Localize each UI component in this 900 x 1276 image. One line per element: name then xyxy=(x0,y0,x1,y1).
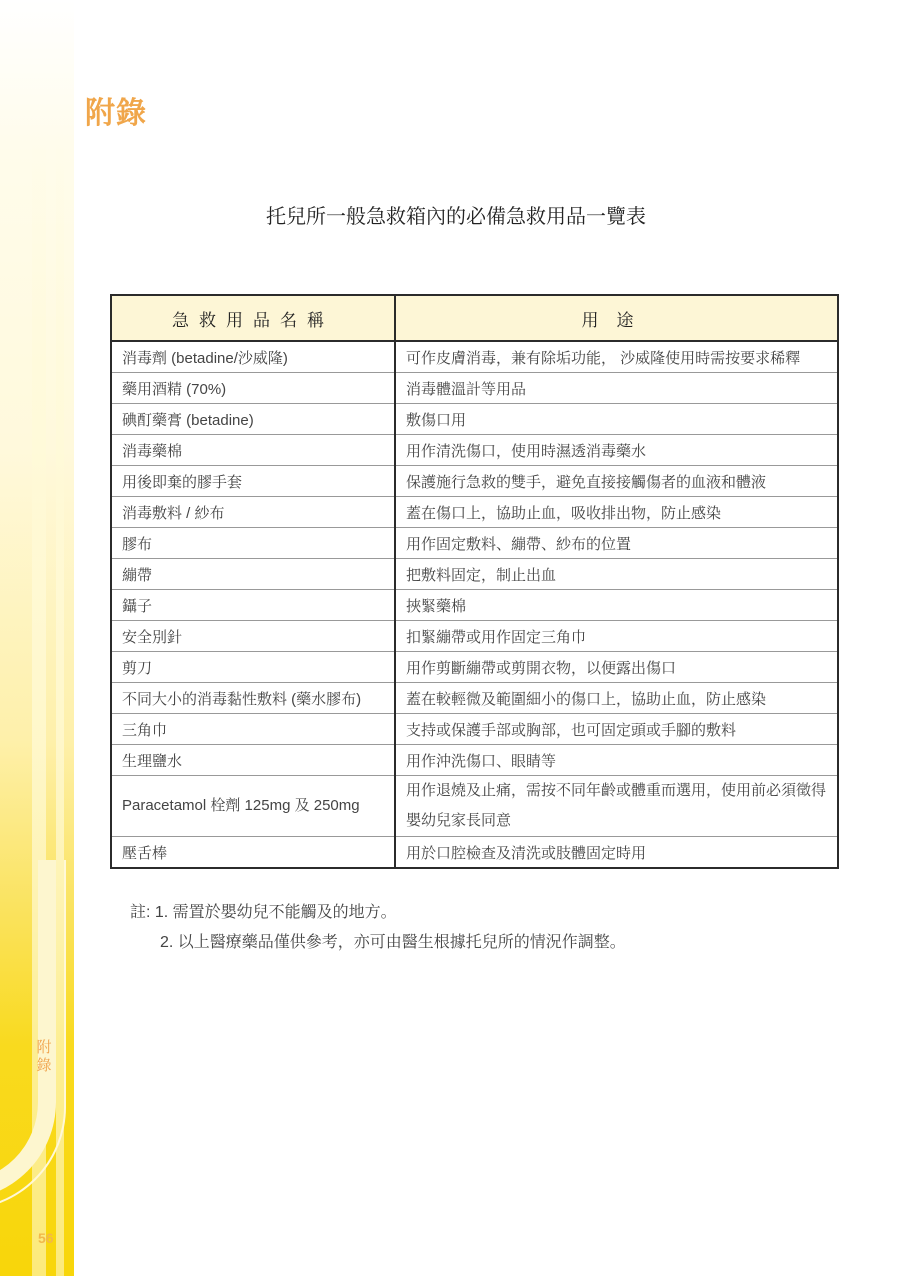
footnotes: 註: 1. 需置於嬰幼兒不能觸及的地方。 2. 以上醫療藥品僅供參考，亦可由醫生… xyxy=(130,898,626,958)
table-row: 碘酊藥膏 (betadine)敷傷口用 xyxy=(111,404,838,435)
first-aid-items-table: 急救用品名稱 用途 消毒劑 (betadine/沙威隆)可作皮膚消毒，兼有除垢功… xyxy=(110,294,839,869)
item-usage: 挾緊藥棉 xyxy=(395,590,838,621)
table-row: 消毒藥棉用作清洗傷口，使用時濕透消毒藥水 xyxy=(111,435,838,466)
item-usage: 支持或保護手部或胸部，也可固定頭或手腳的敷料 xyxy=(395,714,838,745)
column-header-usage: 用途 xyxy=(395,295,838,341)
table-row: 藥用酒精 (70%)消毒體溫計等用品 xyxy=(111,373,838,404)
document-title: 托兒所一般急救箱內的必備急救用品一覽表 xyxy=(0,200,900,229)
item-name: Paracetamol 栓劑 125mg 及 250mg xyxy=(111,776,395,837)
table-row: 消毒劑 (betadine/沙威隆)可作皮膚消毒，兼有除垢功能， 沙威隆使用時需… xyxy=(111,341,838,373)
item-name: 消毒劑 (betadine/沙威隆) xyxy=(111,341,395,373)
item-name: 壓舌棒 xyxy=(111,837,395,869)
item-name: 鑷子 xyxy=(111,590,395,621)
item-usage: 用作剪斷繃帶或剪開衣物，以便露出傷口 xyxy=(395,652,838,683)
item-name: 消毒敷料 / 紗布 xyxy=(111,497,395,528)
item-usage: 用於口腔檢查及清洗或肢體固定時用 xyxy=(395,837,838,869)
item-name: 用後即棄的膠手套 xyxy=(111,466,395,497)
decorative-side-strip xyxy=(0,0,74,1276)
table-row: 安全別針扣緊繃帶或用作固定三角巾 xyxy=(111,621,838,652)
item-usage: 可作皮膚消毒，兼有除垢功能， 沙威隆使用時需按要求稀釋 xyxy=(395,341,838,373)
section-title: 附錄 xyxy=(85,88,147,132)
item-usage: 用作清洗傷口，使用時濕透消毒藥水 xyxy=(395,435,838,466)
item-name: 不同大小的消毒黏性敷料 (藥水膠布) xyxy=(111,683,395,714)
table-row: 用後即棄的膠手套保護施行急救的雙手，避免直接接觸傷者的血液和體液 xyxy=(111,466,838,497)
table-row: 繃帶把敷料固定，制止出血 xyxy=(111,559,838,590)
item-name: 三角巾 xyxy=(111,714,395,745)
item-usage: 保護施行急救的雙手，避免直接接觸傷者的血液和體液 xyxy=(395,466,838,497)
table-row: 三角巾支持或保護手部或胸部，也可固定頭或手腳的敷料 xyxy=(111,714,838,745)
item-name: 繃帶 xyxy=(111,559,395,590)
item-name: 消毒藥棉 xyxy=(111,435,395,466)
item-name: 安全別針 xyxy=(111,621,395,652)
item-usage: 用作退燒及止痛，需按不同年齡或體重而選用，使用前必須徵得嬰幼兒家長同意 xyxy=(395,776,838,837)
item-usage: 蓋在較輕微及範圍細小的傷口上，協助止血，防止感染 xyxy=(395,683,838,714)
column-header-item-name: 急救用品名稱 xyxy=(111,295,395,341)
side-section-label: 附錄 xyxy=(34,1038,54,1074)
item-usage: 敷傷口用 xyxy=(395,404,838,435)
table-row: 壓舌棒用於口腔檢查及清洗或肢體固定時用 xyxy=(111,837,838,869)
table-row: Paracetamol 栓劑 125mg 及 250mg用作退燒及止痛，需按不同… xyxy=(111,776,838,837)
table-row: 鑷子挾緊藥棉 xyxy=(111,590,838,621)
table-header-row: 急救用品名稱 用途 xyxy=(111,295,838,341)
table-row: 不同大小的消毒黏性敷料 (藥水膠布)蓋在較輕微及範圍細小的傷口上，協助止血，防止… xyxy=(111,683,838,714)
item-name: 膠布 xyxy=(111,528,395,559)
item-usage: 扣緊繃帶或用作固定三角巾 xyxy=(395,621,838,652)
table-row: 膠布用作固定敷料、繃帶、紗布的位置 xyxy=(111,528,838,559)
item-name: 碘酊藥膏 (betadine) xyxy=(111,404,395,435)
item-usage: 用作沖洗傷口、眼睛等 xyxy=(395,745,838,776)
table-row: 消毒敷料 / 紗布蓋在傷口上，協助止血，吸收排出物，防止感染 xyxy=(111,497,838,528)
table-row: 剪刀用作剪斷繃帶或剪開衣物，以便露出傷口 xyxy=(111,652,838,683)
item-usage: 蓋在傷口上，協助止血，吸收排出物，防止感染 xyxy=(395,497,838,528)
item-usage: 用作固定敷料、繃帶、紗布的位置 xyxy=(395,528,838,559)
table-row: 生理鹽水用作沖洗傷口、眼睛等 xyxy=(111,745,838,776)
item-name: 剪刀 xyxy=(111,652,395,683)
item-name: 生理鹽水 xyxy=(111,745,395,776)
footnote-2: 2. 以上醫療藥品僅供參考，亦可由醫生根據托兒所的情況作調整。 xyxy=(130,928,626,958)
item-name: 藥用酒精 (70%) xyxy=(111,373,395,404)
item-usage: 把敷料固定，制止出血 xyxy=(395,559,838,590)
item-usage: 消毒體溫計等用品 xyxy=(395,373,838,404)
footnote-1: 註: 1. 需置於嬰幼兒不能觸及的地方。 xyxy=(130,898,626,928)
page-number: 56 xyxy=(38,1230,54,1246)
